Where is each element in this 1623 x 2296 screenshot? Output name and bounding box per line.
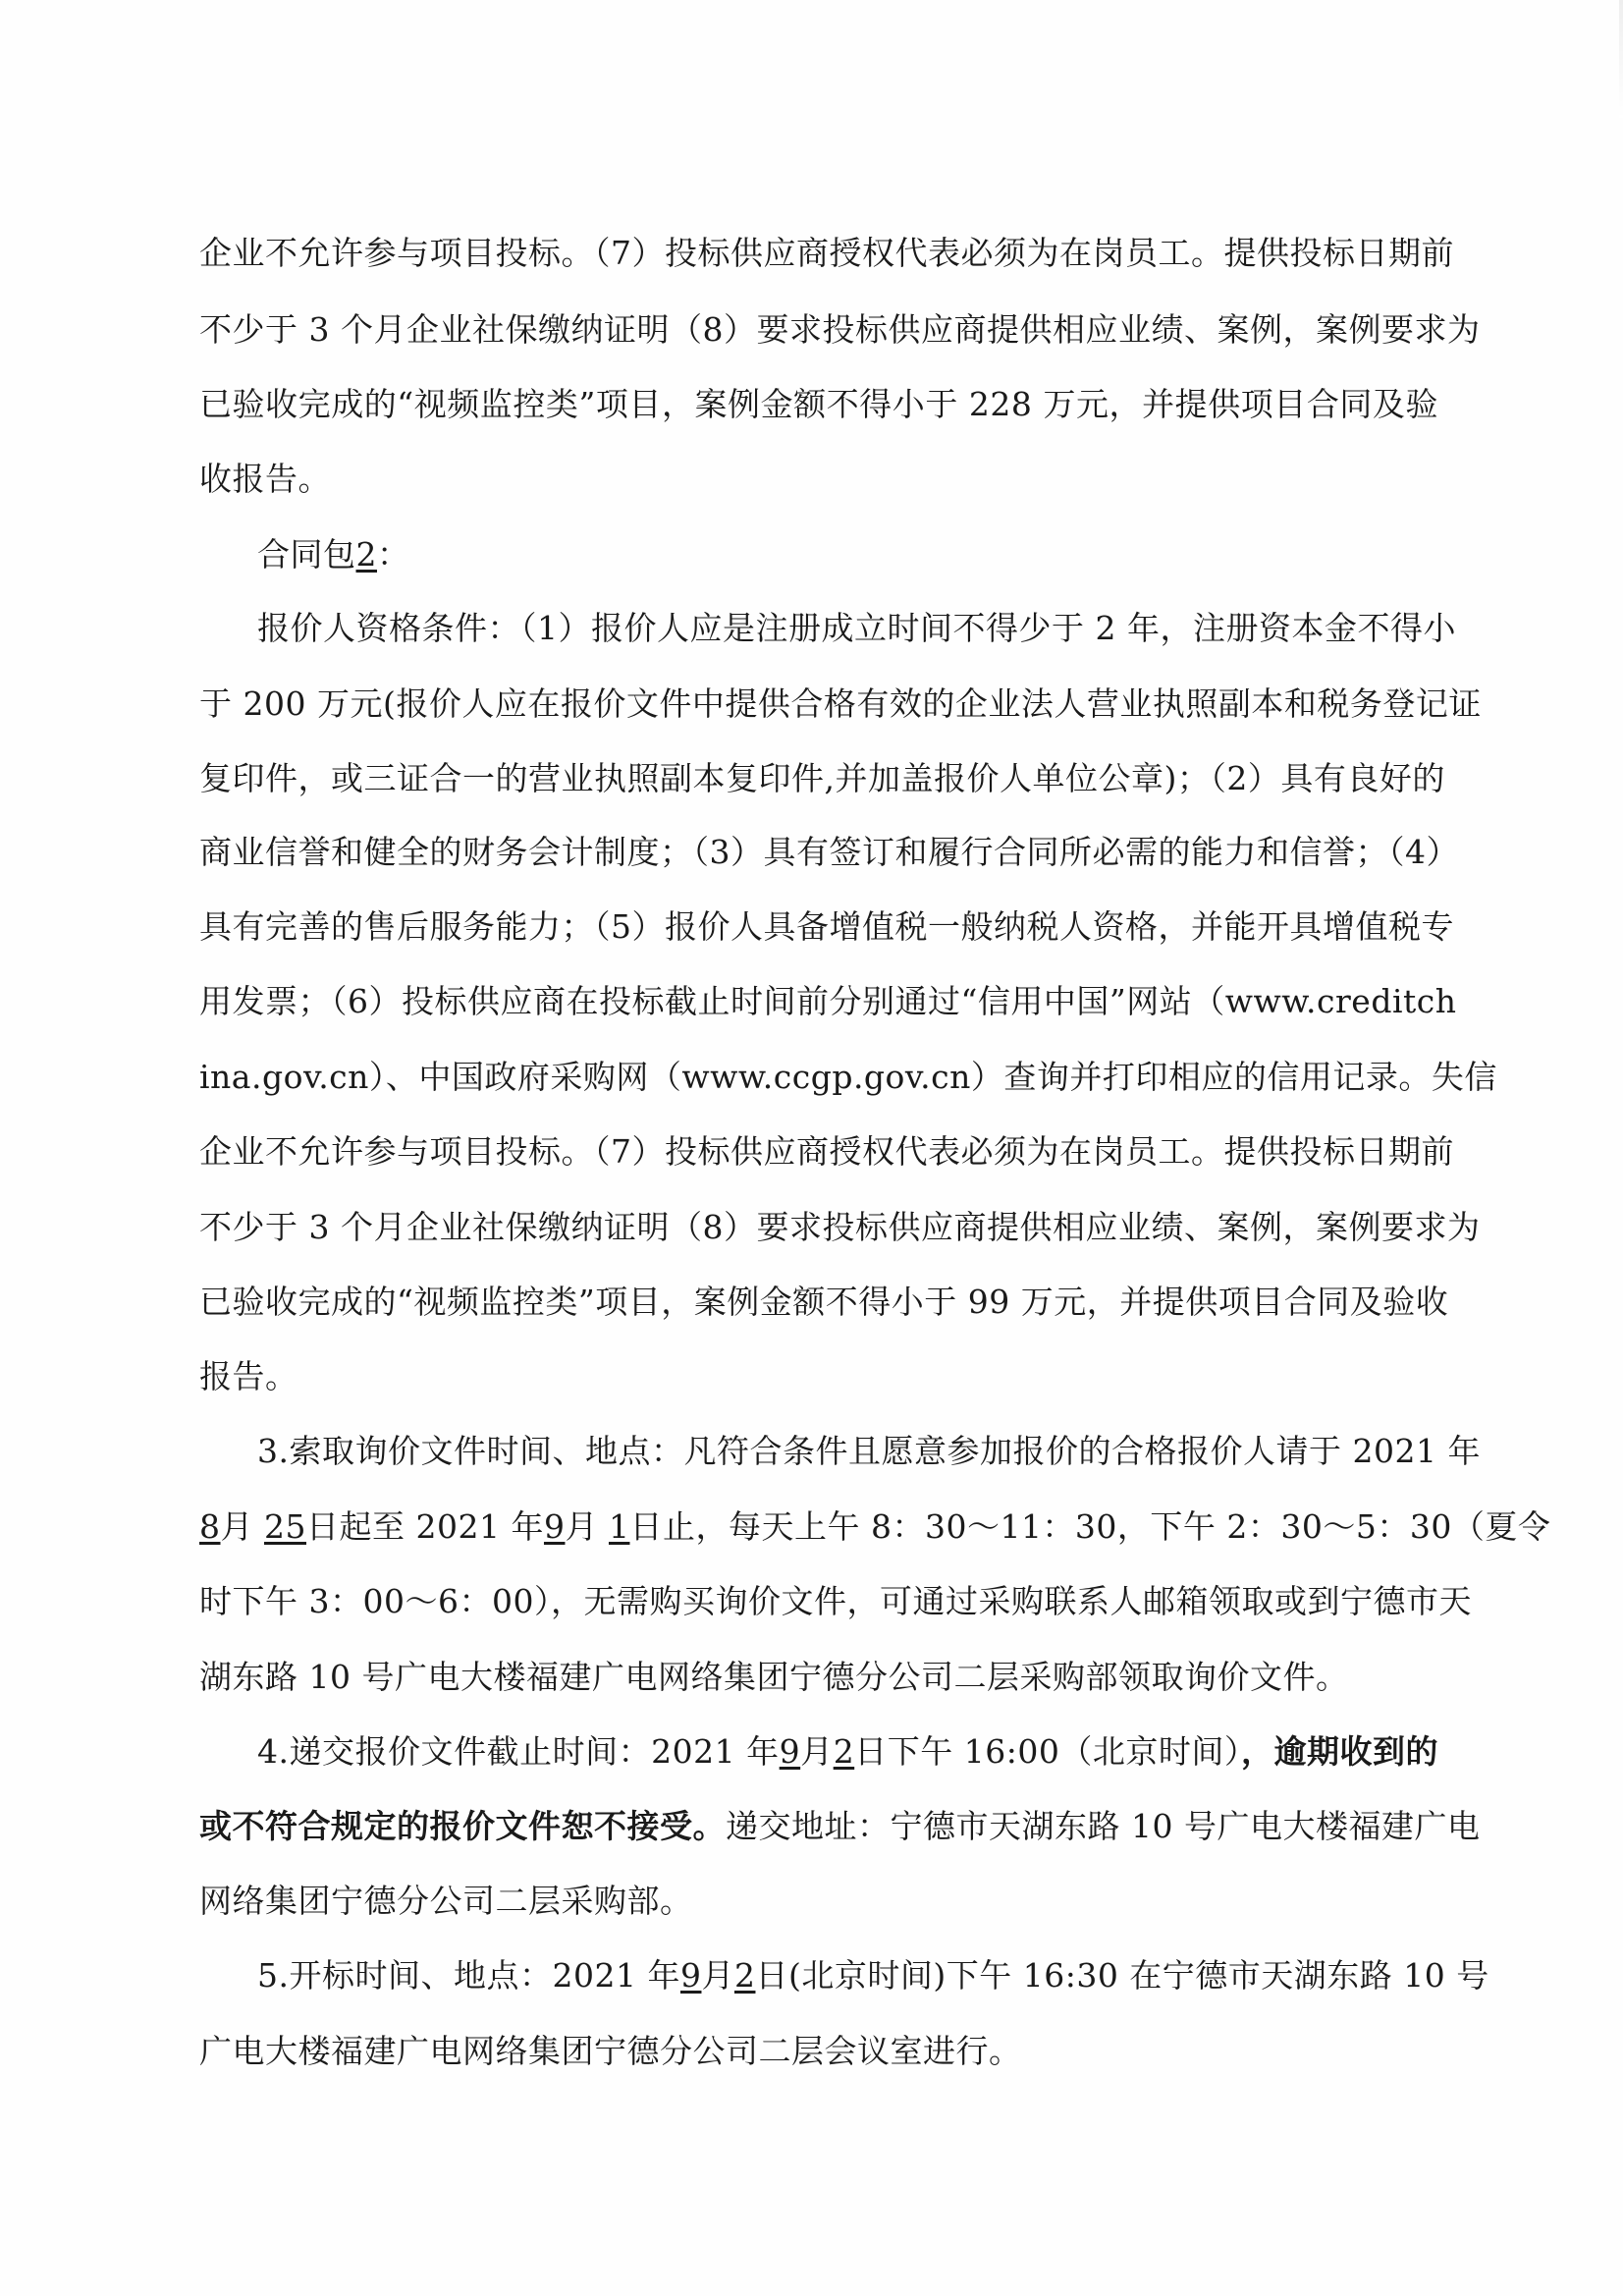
text-fragment: 日起至 2021 年: [306, 1507, 544, 1546]
text-line: 不少于 3 个月企业社保缴纳证明（8）要求投标供应商提供相应业绩、案例，案例要求…: [199, 1206, 1438, 1249]
text-line: 用发票；（6）投标供应商在投标截止时间前分别通过“信用中国”网站（www.cre…: [199, 980, 1438, 1023]
text-fragment: 日止，每天上午 8：30～11：30，下午 2：30～5：30（夏令: [629, 1507, 1550, 1546]
opening-month: 9: [680, 1956, 702, 1995]
text-line: 企业不允许参与项目投标。（7）投标供应商授权代表必须为在岗员工。提供投标日期前: [199, 1130, 1438, 1174]
start-day: 25: [264, 1507, 306, 1546]
text-fragment: 日下午 16:00（北京时间）: [854, 1732, 1241, 1771]
text-line: 具有完善的售后服务能力；（5）报价人具备增值税一般纳税人资格，并能开具增值税专: [199, 905, 1438, 949]
deadline-month: 9: [780, 1732, 801, 1771]
text-line: 5.开标时间、地点：2021 年9月2日(北京时间)下午 16:30 在宁德市天…: [257, 1954, 1438, 1997]
text-line: 3.索取询价文件时间、地点：凡符合条件且愿意参加报价的合格报价人请于 2021 …: [257, 1430, 1438, 1473]
opening-day: 2: [734, 1956, 756, 1995]
document-page: 企业不允许参与项目投标。（7）投标供应商授权代表必须为在岗员工。提供投标日期前 …: [0, 0, 1623, 2296]
text-fragment: 月: [565, 1507, 598, 1546]
text-fragment: 递交地址：宁德市天湖东路 10 号广电大楼福建广电: [726, 1807, 1480, 1845]
text-line: 不少于 3 个月企业社保缴纳证明（8）要求投标供应商提供相应业绩、案例，案例要求…: [199, 308, 1438, 352]
text-line: 复印件，或三证合一的营业执照副本复印件,并加盖报价人单位公章)；（2）具有良好的: [199, 757, 1438, 800]
text-fragment: 4.递交报价文件截止时间：2021 年: [257, 1732, 780, 1771]
text-line: 已验收完成的“视频监控类”项目，案例金额不得小于 228 万元，并提供项目合同及…: [199, 383, 1438, 426]
bold-notice: 或不符合规定的报价文件恕不接受。: [199, 1807, 726, 1845]
text-fragment: 月: [221, 1507, 254, 1546]
text-line: 报价人资格条件：（1）报价人应是注册成立时间不得少于 2 年，注册资本金不得小: [257, 607, 1438, 650]
text-line: 报告。: [199, 1355, 1438, 1398]
text-line: 企业不允许参与项目投标。（7）投标供应商授权代表必须为在岗员工。提供投标日期前: [199, 232, 1438, 275]
start-month: 8: [199, 1507, 221, 1546]
package2-heading: 合同包2：: [257, 533, 1438, 576]
text-line: 或不符合规定的报价文件恕不接受。递交地址：宁德市天湖东路 10 号广电大楼福建广…: [199, 1805, 1438, 1848]
text-line: ina.gov.cn）、中国政府采购网（www.ccgp.gov.cn）查询并打…: [199, 1056, 1438, 1099]
bold-notice: ，逾期收到的: [1241, 1732, 1438, 1771]
package-number: 2: [356, 535, 378, 574]
text-line: 湖东路 10 号广电大楼福建广电网络集团宁德分公司二层采购部领取询价文件。: [199, 1656, 1438, 1699]
text-fragment: 日(北京时间)下午 16:30 在宁德市天湖东路 10 号: [755, 1956, 1488, 1995]
scan-edge: [1619, 0, 1623, 118]
text-fragment: 月: [800, 1732, 834, 1771]
text-line: 于 200 万元(报价人应在报价文件中提供合格有效的企业法人营业执照副本和税务登…: [199, 683, 1438, 726]
deadline-day: 2: [834, 1732, 855, 1771]
text-fragment: 5.开标时间、地点：2021 年: [257, 1956, 680, 1995]
text-line: 已验收完成的“视频监控类”项目，案例金额不得小于 99 万元，并提供项目合同及验…: [199, 1281, 1438, 1324]
text-line: 商业信誉和健全的财务会计制度；（3）具有签订和履行合同所必需的能力和信誉；（4）: [199, 831, 1438, 874]
text-line: 广电大楼福建广电网络集团宁德分公司二层会议室进行。: [199, 2030, 1438, 2073]
text-line: 收报告。: [199, 458, 1438, 501]
text-line: 时下午 3：00～6：00），无需购买询价文件，可通过采购联系人邮箱领取或到宁德…: [199, 1580, 1438, 1623]
text-line: 8月 25日起至 2021 年9月 1日止，每天上午 8：30～11：30，下午…: [199, 1505, 1438, 1549]
text-line: 4.递交报价文件截止时间：2021 年9月2日下午 16:00（北京时间），逾期…: [257, 1730, 1438, 1774]
heading-suffix: ：: [377, 535, 410, 574]
end-day: 1: [609, 1507, 630, 1546]
text-line: 网络集团宁德分公司二层采购部。: [199, 1880, 1438, 1923]
end-month: 9: [544, 1507, 566, 1546]
text-fragment: 月: [701, 1956, 734, 1995]
heading-prefix: 合同包: [257, 535, 356, 574]
